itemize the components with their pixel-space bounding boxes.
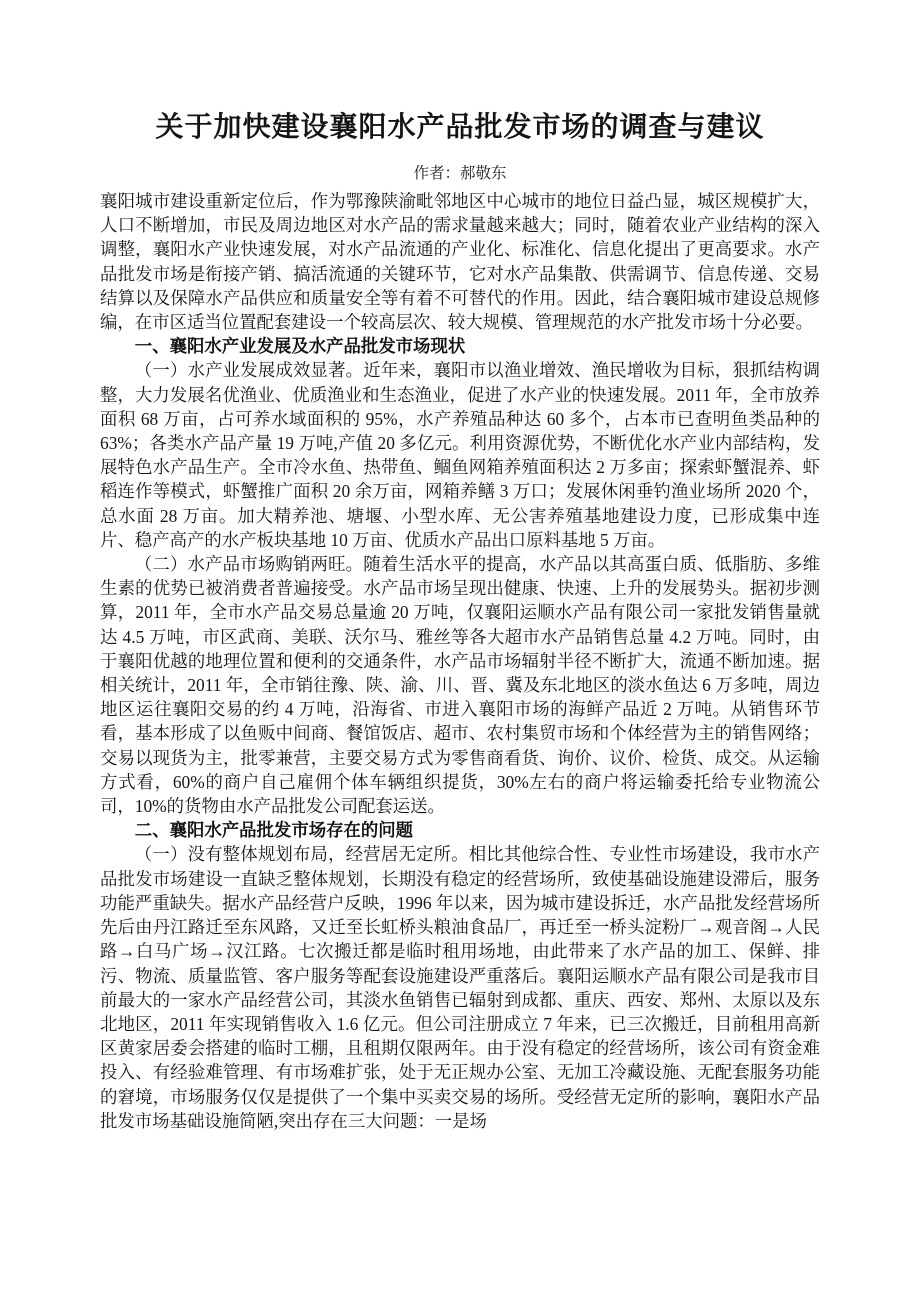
- document-body: 襄阳城市建设重新定位后，作为鄂豫陕渝毗邻地区中心城市的地位日益凸显，城区规模扩大…: [100, 189, 820, 1133]
- section-2-paragraph-1: （一）没有整体规划布局，经营居无定所。相比其他综合性、专业性市场建设，我市水产品…: [100, 842, 820, 1132]
- document-title: 关于加快建设襄阳水产品批发市场的调查与建议: [100, 106, 820, 150]
- author-line: 作者：郝敬东: [100, 162, 820, 186]
- section-1-paragraph-1: （一）水产业发展成效显著。近年来，襄阳市以渔业增效、渔民增收为目标，狠抓结构调整…: [100, 358, 820, 552]
- section-2-heading: 二、襄阳水产品批发市场存在的问题: [100, 818, 820, 842]
- intro-paragraph: 襄阳城市建设重新定位后，作为鄂豫陕渝毗邻地区中心城市的地位日益凸显，城区规模扩大…: [100, 189, 820, 334]
- section-1-paragraph-2: （二）水产品市场购销两旺。随着生活水平的提高，水产品以其高蛋白质、低脂肪、多维生…: [100, 552, 820, 818]
- section-1-heading: 一、襄阳水产业发展及水产品批发市场现状: [100, 334, 820, 358]
- document-page: 关于加快建设襄阳水产品批发市场的调查与建议 作者：郝敬东 襄阳城市建设重新定位后…: [0, 0, 920, 1302]
